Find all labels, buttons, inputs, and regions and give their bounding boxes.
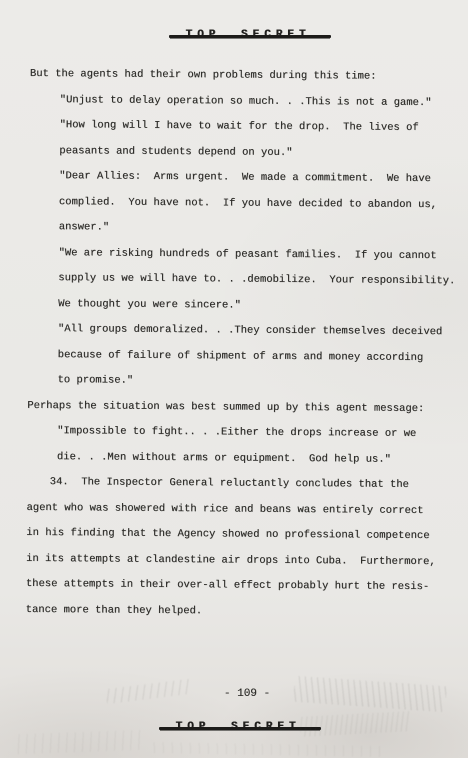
text-line: Perhaps the situation was best summed up… [27, 393, 457, 422]
text-line: 34. The Inspector General reluctantly co… [27, 470, 457, 499]
scan-smudge [16, 730, 147, 755]
text-line: But the agents had their own problems du… [30, 62, 460, 91]
classification-stamp-bottom: TOP SECRET [0, 716, 468, 732]
text-line: agent who was showered with rice and bea… [26, 495, 456, 524]
text-line: "We are risking hundreds of peasant fami… [28, 240, 458, 269]
page-number: - 109 - [0, 688, 468, 700]
text-line: "All groups demoralized. . .They conside… [28, 317, 458, 346]
classification-stamp-top: TOP SECRET [0, 24, 468, 40]
page-number-text: - 109 - [224, 688, 270, 700]
strikethrough-line [169, 35, 330, 38]
text-line: to promise." [27, 368, 457, 397]
text-line: in his finding that the Agency showed no… [26, 521, 456, 550]
top-secret-stamp-text: TOP SECRET [183, 29, 312, 41]
scanned-document-page: TOP SECRET But the agents had their own … [0, 0, 468, 758]
text-line: We thought you were sincere." [28, 291, 458, 320]
document-body: But the agents had their own problems du… [26, 62, 460, 626]
text-line: answer." [29, 215, 459, 244]
text-line: tance more than they helped. [26, 597, 456, 626]
text-line: supply us we will have to. . .demobilize… [28, 266, 458, 295]
text-line: in its attempts at clandestine air drops… [26, 546, 456, 575]
text-line: complied. You have not. If you have deci… [29, 189, 459, 218]
text-line: "Dear Allies: Arms urgent. We made a com… [29, 164, 459, 193]
scan-smudge [150, 742, 380, 757]
text-line: die. . .Men without arms or equipment. G… [27, 444, 457, 473]
top-secret-stamp-text: TOP SECRET [173, 721, 302, 733]
text-line: because of failure of shipment of arms a… [28, 342, 458, 371]
strikethrough-line [159, 727, 320, 730]
text-line: "How long will I have to wait for the dr… [29, 113, 459, 142]
text-line: peasants and students depend on you." [29, 138, 459, 167]
text-line: "Impossible to fight.. . .Either the dro… [27, 419, 457, 448]
text-line: these attempts in their over-all effect … [26, 572, 456, 601]
text-line: "Unjust to delay operation so much. . .T… [30, 87, 460, 116]
